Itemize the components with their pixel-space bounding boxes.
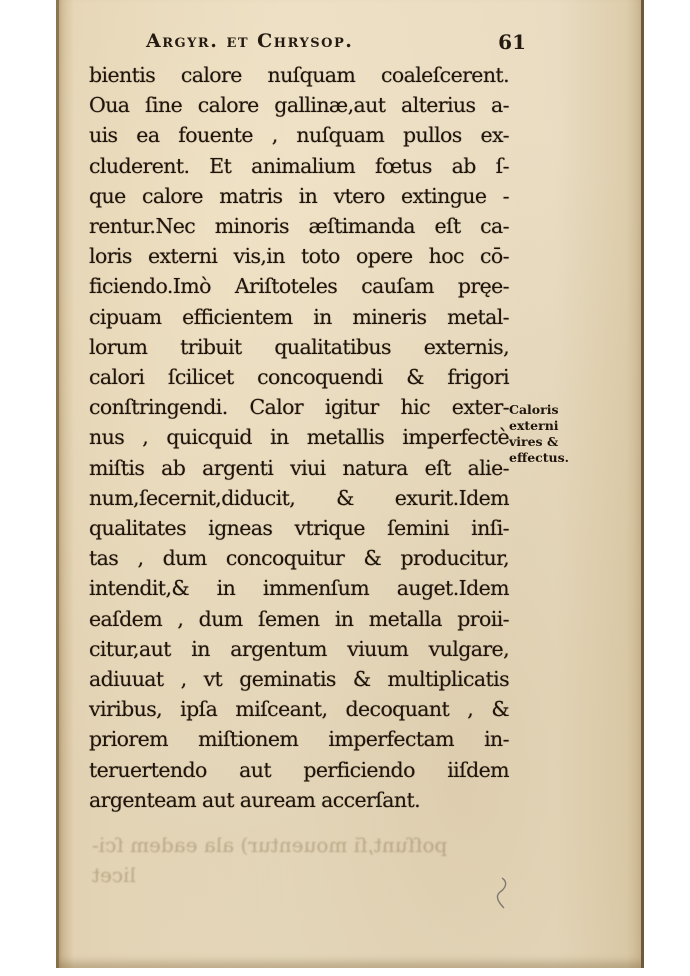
text-line: cipuam efficientem in mineris metal-: [89, 302, 509, 332]
text-line: que calore matris in vtero extingue -: [89, 181, 509, 211]
show-through-line: poſſunt,ſi mouentur) ala eadem ſci-: [92, 830, 522, 860]
marginal-note-line: externi: [509, 418, 569, 434]
text-line: Oua ſine calore gallinæ,aut alterius a-: [89, 90, 509, 120]
marginal-note: Caloris externi vires & effectus.: [509, 402, 569, 466]
text-line: conſtringendi. Calor igitur hic exter-: [89, 392, 509, 422]
page-number: 61: [498, 30, 526, 54]
text-line: adiuuat , vt geminatis & multiplicatis: [89, 664, 509, 694]
text-line: qualitates igneas vtrique ſemini inſi-: [89, 513, 509, 543]
marginal-note-line: vires &: [509, 434, 569, 450]
marginal-note-line: effectus.: [509, 450, 569, 466]
text-line: bientis calore nuſquam coaleſcerent.: [89, 60, 509, 90]
page-gutter-edge: [56, 0, 59, 968]
page-fore-edge: [641, 0, 644, 968]
pencil-mark: [492, 876, 512, 919]
text-line: cluderent. Et animalium fœtus ab ſ-: [89, 151, 509, 181]
text-line: viribus, ipſa miſceant, decoquant , &: [89, 694, 509, 724]
text-line: loris externi vis,in toto opere hoc cō-: [89, 241, 509, 271]
text-line: tas , dum concoquitur & producitur,: [89, 543, 509, 573]
text-line: rentur.Nec minoris æſtimanda eſt ca-: [89, 211, 509, 241]
show-through-line: licet: [92, 860, 522, 890]
text-line: lorum tribuit qualitatibus externis,: [89, 332, 509, 362]
marginal-note-line: Caloris: [509, 402, 569, 418]
text-line: ficiendo.Imò Ariſtoteles cauſam pręe-: [89, 271, 509, 301]
pencil-squiggle-icon: [492, 876, 512, 912]
text-line: nus , quicquid in metallis imperfectè: [89, 422, 509, 452]
text-line: eaſdem , dum ſemen in metalla proii-: [89, 604, 509, 634]
text-line: uis ea fouente , nuſquam pullos ex-: [89, 120, 509, 150]
show-through-text: poſſunt,ſi mouentur) ala eadem ſci- lice…: [92, 830, 522, 890]
text-line: intendit,& in immenſum auget.Idem: [89, 573, 509, 603]
text-line: num,ſecernit,diducit, & exurit.Idem: [89, 483, 509, 513]
text-line: teruertendo aut perficiendo iiſdem: [89, 755, 509, 785]
body-text: bientis calore nuſquam coaleſcerent. Oua…: [89, 60, 509, 815]
text-line: citur,aut in argentum viuum vulgare,: [89, 634, 509, 664]
text-line: argenteam aut auream accerſant.: [89, 785, 509, 815]
text-line: calori ſcilicet concoquendi & frigori: [89, 362, 509, 392]
page-header: Argyr. et Chrysop. 61: [146, 30, 526, 58]
running-title: Argyr. et Chrysop.: [146, 30, 353, 52]
text-line: miſtis ab argenti viui natura eſt alie-: [89, 453, 509, 483]
text-line: priorem miſtionem imperfectam in-: [89, 724, 509, 754]
